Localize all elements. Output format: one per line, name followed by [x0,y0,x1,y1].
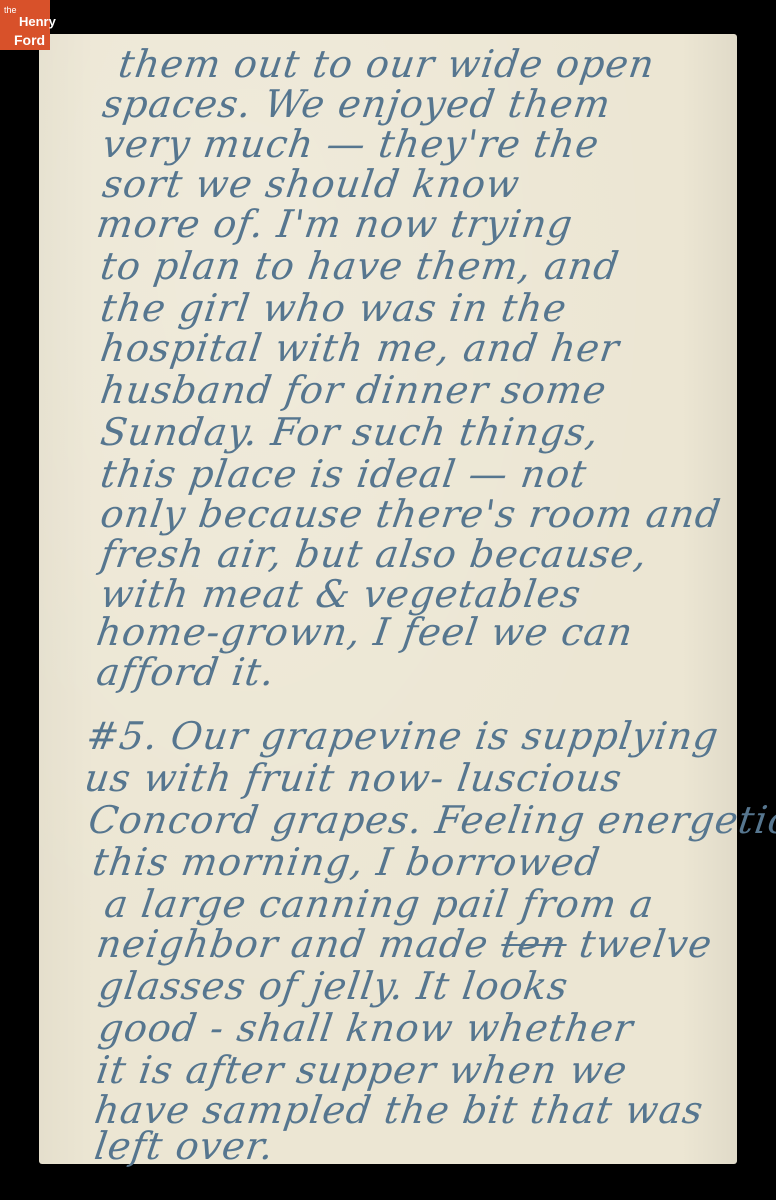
letter-line: afford it. [94,650,278,694]
henry-ford-logo: the Henry Ford [0,0,50,50]
letter-line: home-grown, I feel we can [94,610,636,654]
letter-line: glasses of jelly. It looks [96,964,571,1008]
letter-line: Concord grapes. Feeling energetic [86,798,776,842]
letter-line: this place is ideal — not [98,452,590,496]
letter-line: good - shall know whether [96,1006,636,1050]
logo-text-ford: Ford [14,33,45,47]
letter-line: them out to our wide open [116,42,658,86]
struck-out-word: ten [498,922,569,966]
letter-line: Sunday. For such things, [98,410,602,454]
letter-line: this morning, I borrowed [90,840,603,884]
letter-line: #5. Our grapevine is supplying [84,714,722,758]
letter-line: left over. [92,1124,277,1168]
letter-line: more of. I'm now trying [94,202,576,246]
letter-line: sort we should know [100,162,523,206]
letter-line: hospital with me, and her [98,326,623,370]
letter-line: it is after supper when we [94,1048,631,1092]
letter-line: spaces. We enjoyed them [100,82,614,126]
letter-line: only because there's room and [98,492,724,536]
logo-text-henry: Henry [19,15,56,28]
letter-line: to plan to have them, and [98,244,622,288]
letter-line: us with fruit now- luscious [82,756,625,800]
letter-line: very much — they're the [100,122,602,166]
letter-line: fresh air, but also because, [98,532,651,576]
letter-line: husband for dinner some [98,368,610,412]
letter-line-with-correction: neighbor and made ten twelve [94,922,715,966]
line-text-before: neighbor and made [94,922,505,966]
letter-line: a large canning pail from a [102,882,657,926]
logo-text-the: the [4,6,17,15]
letter-line: the girl who was in the [98,286,570,330]
line-text-after: twelve [564,922,716,966]
letter-page: them out to our wide open spaces. We enj… [39,34,737,1164]
